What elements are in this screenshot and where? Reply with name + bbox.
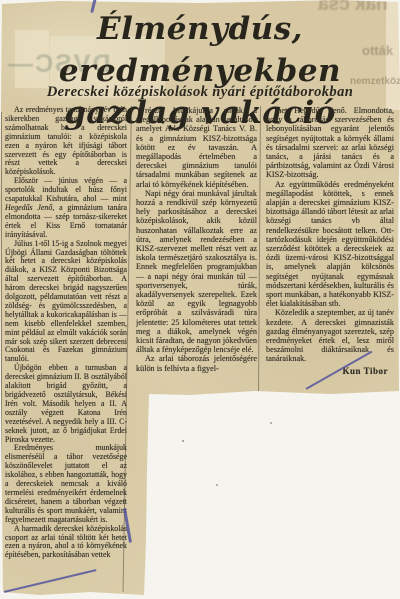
paragraph: A harmadik derecskei középiskolás csopor…: [5, 525, 127, 561]
person-name-emphasis: Hegedűs Jenő: [5, 203, 52, 212]
paragraph: részt. Munkájukra annak a megállapodásna…: [136, 106, 257, 189]
paragraph: Az együttműködés eredményeként megállapo…: [266, 180, 394, 309]
headline-line-1: Élménydús, eredményekben: [0, 8, 400, 92]
column-rule-left: [1, 112, 2, 590]
paragraph: Az arlai táborozás jelentőségére külön i…: [136, 354, 257, 372]
article-column-2: részt. Munkájukra annak a megállapodásna…: [136, 106, 257, 392]
paragraph: Eredményes munkájuk elismeréséül a tábor…: [5, 444, 127, 524]
article-column-1: Az eredményes tanulmányi év után sikerek…: [5, 106, 127, 593]
scan-backing-paper: DVSC— nak csa ották nemzetközi Élménydús…: [0, 0, 400, 599]
dust-speck: [270, 422, 272, 424]
article-subtitle: Derecskei középiskolások nyári építőtábo…: [0, 84, 400, 101]
newspaper-clipping: DVSC— nak csa ották nemzetközi Élménydús…: [0, 0, 400, 599]
article-column-3: met Hegedűs Jenő. Elmondotta, hogy a táb…: [266, 106, 394, 392]
paragraph: Az eredményes tanulmányi év után sikerek…: [5, 106, 127, 177]
paragraph: Július 1-től 15-ig a Szolnok megyei Újbö…: [5, 240, 127, 365]
paragraph: Napi négy órai munkával járultak hozzá a…: [136, 189, 257, 355]
column-rule-2: [258, 106, 261, 393]
paragraph: Először — június végén — a sportolók ind…: [5, 177, 127, 239]
dust-speck: [182, 440, 184, 442]
dust-speck: [216, 484, 218, 486]
paragraph: met Hegedűs Jenő. Elmondotta, hogy a táb…: [266, 106, 394, 180]
paragraph-text: Először — június végén — a sportolók ind…: [5, 176, 127, 203]
paragraph: Közeledik a szeptember, az új tanév kezd…: [266, 308, 394, 363]
paragraph: Újbögön ebben a turnusban a derecskei gi…: [5, 364, 127, 444]
